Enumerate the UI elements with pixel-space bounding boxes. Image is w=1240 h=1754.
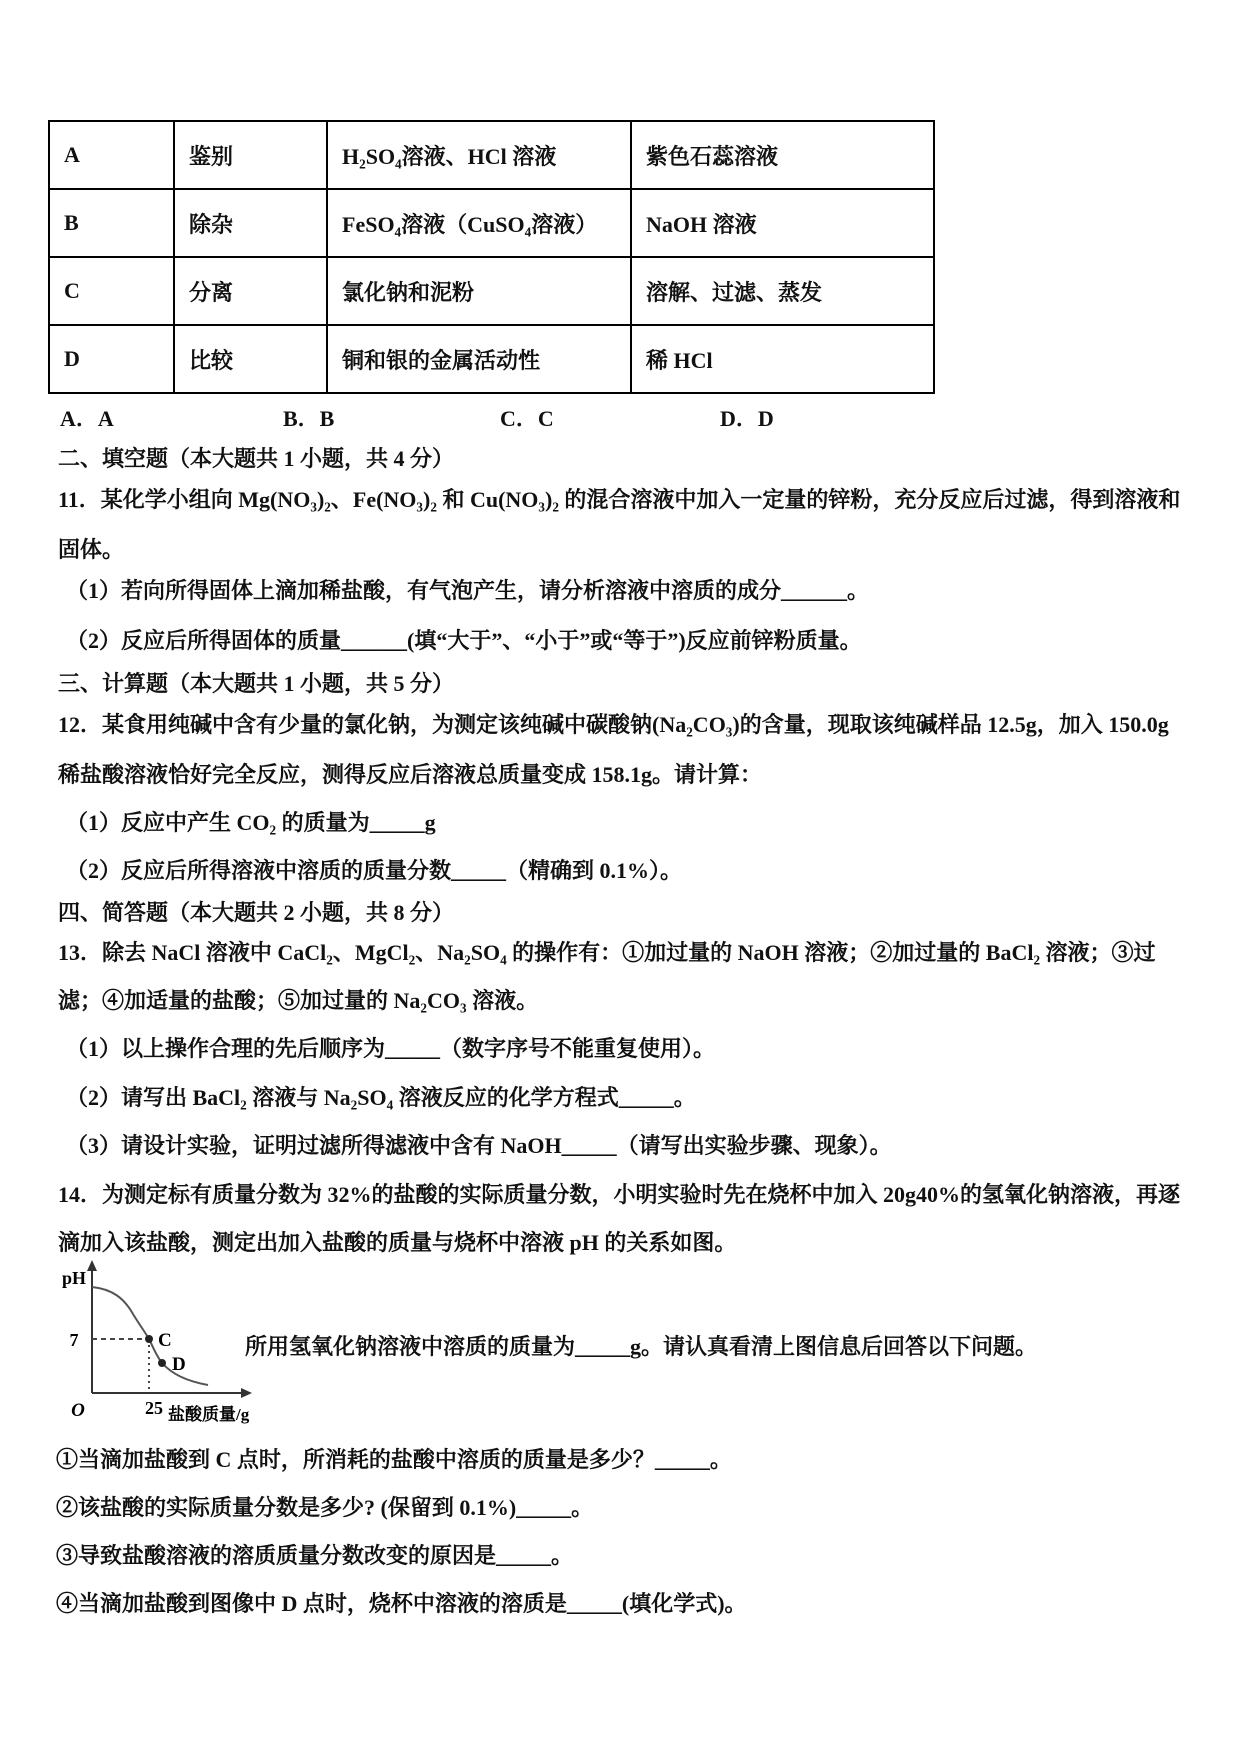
point-c-label: C bbox=[158, 1330, 172, 1351]
table-cell: A bbox=[49, 121, 174, 189]
question-14-caption: 所用氢氧化钠溶液中溶质的质量为_____g。请认真看清上图信息后回答以下问题。 bbox=[245, 1333, 1037, 1361]
point-d-label: D bbox=[172, 1354, 186, 1375]
y-axis-label: pH bbox=[62, 1268, 86, 1288]
choice-a: A．A bbox=[60, 402, 114, 433]
table-cell: 紫色石蕊溶液 bbox=[631, 121, 934, 189]
question-11-line-2: 固体。 bbox=[58, 536, 124, 564]
table-cell: FeSO₄溶液（CuSO₄溶液） bbox=[327, 189, 631, 257]
question-12-line-1: 12．某食用纯碱中含有少量的氯化钠，为测定该纯碱中碳酸钠(Na₂CO₃)的含量，… bbox=[58, 711, 1169, 739]
x-tick-25: 25 bbox=[145, 1398, 163, 1418]
table-row: B 除杂 FeSO₄溶液（CuSO₄溶液） NaOH 溶液 bbox=[49, 189, 934, 257]
question-11-part-2: （2）反应后所得固体的质量______(填“大于”、“小于”或“等于”)反应前锌… bbox=[66, 627, 862, 655]
choice-b: B．B bbox=[283, 402, 334, 433]
table-cell: B bbox=[49, 189, 174, 257]
question-12-part-2: （2）反应后所得溶液中溶质的质量分数_____（精确到 0.1%）。 bbox=[66, 857, 682, 885]
options-table: A 鉴别 H₂SO₄溶液、HCl 溶液 紫色石蕊溶液 B 除杂 FeSO₄溶液（… bbox=[48, 120, 935, 394]
question-11-part-1: （1）若向所得固体上滴加稀盐酸，有气泡产生，请分析溶液中溶质的成分______。 bbox=[66, 577, 869, 605]
origin-label: O bbox=[71, 1400, 85, 1421]
table-cell: 比较 bbox=[174, 325, 327, 393]
y-tick-7: 7 bbox=[70, 1330, 79, 1350]
question-12-line-2: 稀盐酸溶液恰好完全反应，测得反应后溶液总质量变成 158.1g。请计算： bbox=[58, 761, 762, 789]
table-cell: C bbox=[49, 257, 174, 325]
table-cell: 氯化钠和泥粉 bbox=[327, 257, 631, 325]
exam-page: A 鉴别 H₂SO₄溶液、HCl 溶液 紫色石蕊溶液 B 除杂 FeSO₄溶液（… bbox=[0, 0, 1240, 1754]
choice-c: C．C bbox=[500, 402, 554, 433]
table-cell: 稀 HCl bbox=[631, 325, 934, 393]
table-cell: 溶解、过滤、蒸发 bbox=[631, 257, 934, 325]
y-axis-arrow-icon bbox=[87, 1260, 97, 1271]
question-13-line-2: 滤；④加适量的盐酸；⑤加过量的 Na₂CO₃ 溶液。 bbox=[58, 987, 538, 1015]
question-13-part-1: （1）以上操作合理的先后顺序为_____（数字序号不能重复使用）。 bbox=[66, 1035, 715, 1063]
question-11-line-1: 11．某化学小组向 Mg(NO₃)₂、Fe(NO₃)₂ 和 Cu(NO₃)₂ 的… bbox=[58, 486, 1180, 514]
table-cell: 除杂 bbox=[174, 189, 327, 257]
table-cell: 分离 bbox=[174, 257, 327, 325]
point-c-marker bbox=[145, 1335, 153, 1343]
choice-d: D．D bbox=[720, 402, 774, 433]
table-cell: 铜和银的金属活动性 bbox=[327, 325, 631, 393]
section-4-heading: 四、简答题（本大题共 2 小题，共 8 分） bbox=[58, 899, 454, 927]
question-14-line-2: 滴加入该盐酸，测定出加入盐酸的质量与烧杯中溶液 pH 的关系如图。 bbox=[58, 1229, 736, 1257]
section-2-heading: 二、填空题（本大题共 1 小题，共 4 分） bbox=[58, 445, 454, 473]
table-cell: H₂SO₄溶液、HCl 溶液 bbox=[327, 121, 631, 189]
question-14-sub-1: ①当滴加盐酸到 C 点时，所消耗的盐酸中溶质的质量是多少？_____。 bbox=[56, 1446, 732, 1474]
question-14-sub-2: ②该盐酸的实际质量分数是多少? (保留到 0.1%)_____。 bbox=[56, 1494, 593, 1522]
table-row: C 分离 氯化钠和泥粉 溶解、过滤、蒸发 bbox=[49, 257, 934, 325]
table-row: D 比较 铜和银的金属活动性 稀 HCl bbox=[49, 325, 934, 393]
table-row: A 鉴别 H₂SO₄溶液、HCl 溶液 紫色石蕊溶液 bbox=[49, 121, 934, 189]
point-d-marker bbox=[158, 1359, 166, 1367]
table-cell: NaOH 溶液 bbox=[631, 189, 934, 257]
table-cell: D bbox=[49, 325, 174, 393]
question-13-part-3: （3）请设计实验，证明过滤所得滤液中含有 NaOH_____（请写出实验步骤、现… bbox=[66, 1132, 892, 1160]
question-14-sub-4: ④当滴加盐酸到图像中 D 点时，烧杯中溶液的溶质是_____(填化学式)。 bbox=[56, 1590, 747, 1618]
question-14-sub-3: ③导致盐酸溶液的溶质质量分数改变的原因是_____。 bbox=[56, 1542, 573, 1570]
x-axis-arrow-icon bbox=[241, 1388, 252, 1398]
table-cell: 鉴别 bbox=[174, 121, 327, 189]
ph-curve-figure: pH 7 C D O 25 盐酸质量/g bbox=[50, 1256, 265, 1441]
question-13-part-2: （2）请写出 BaCl₂ 溶液与 Na₂SO₄ 溶液反应的化学方程式_____。 bbox=[66, 1084, 696, 1112]
question-12-part-1: （1）反应中产生 CO₂ 的质量为_____g bbox=[66, 809, 436, 837]
question-13-line-1: 13．除去 NaCl 溶液中 CaCl₂、MgCl₂、Na₂SO₄ 的操作有：①… bbox=[58, 939, 1156, 967]
section-3-heading: 三、计算题（本大题共 1 小题，共 5 分） bbox=[58, 670, 454, 698]
question-14-line-1: 14．为测定标有质量分数为 32%的盐酸的实际质量分数，小明实验时先在烧杯中加入… bbox=[58, 1181, 1180, 1209]
x-axis-label: 盐酸质量/g bbox=[168, 1404, 250, 1424]
